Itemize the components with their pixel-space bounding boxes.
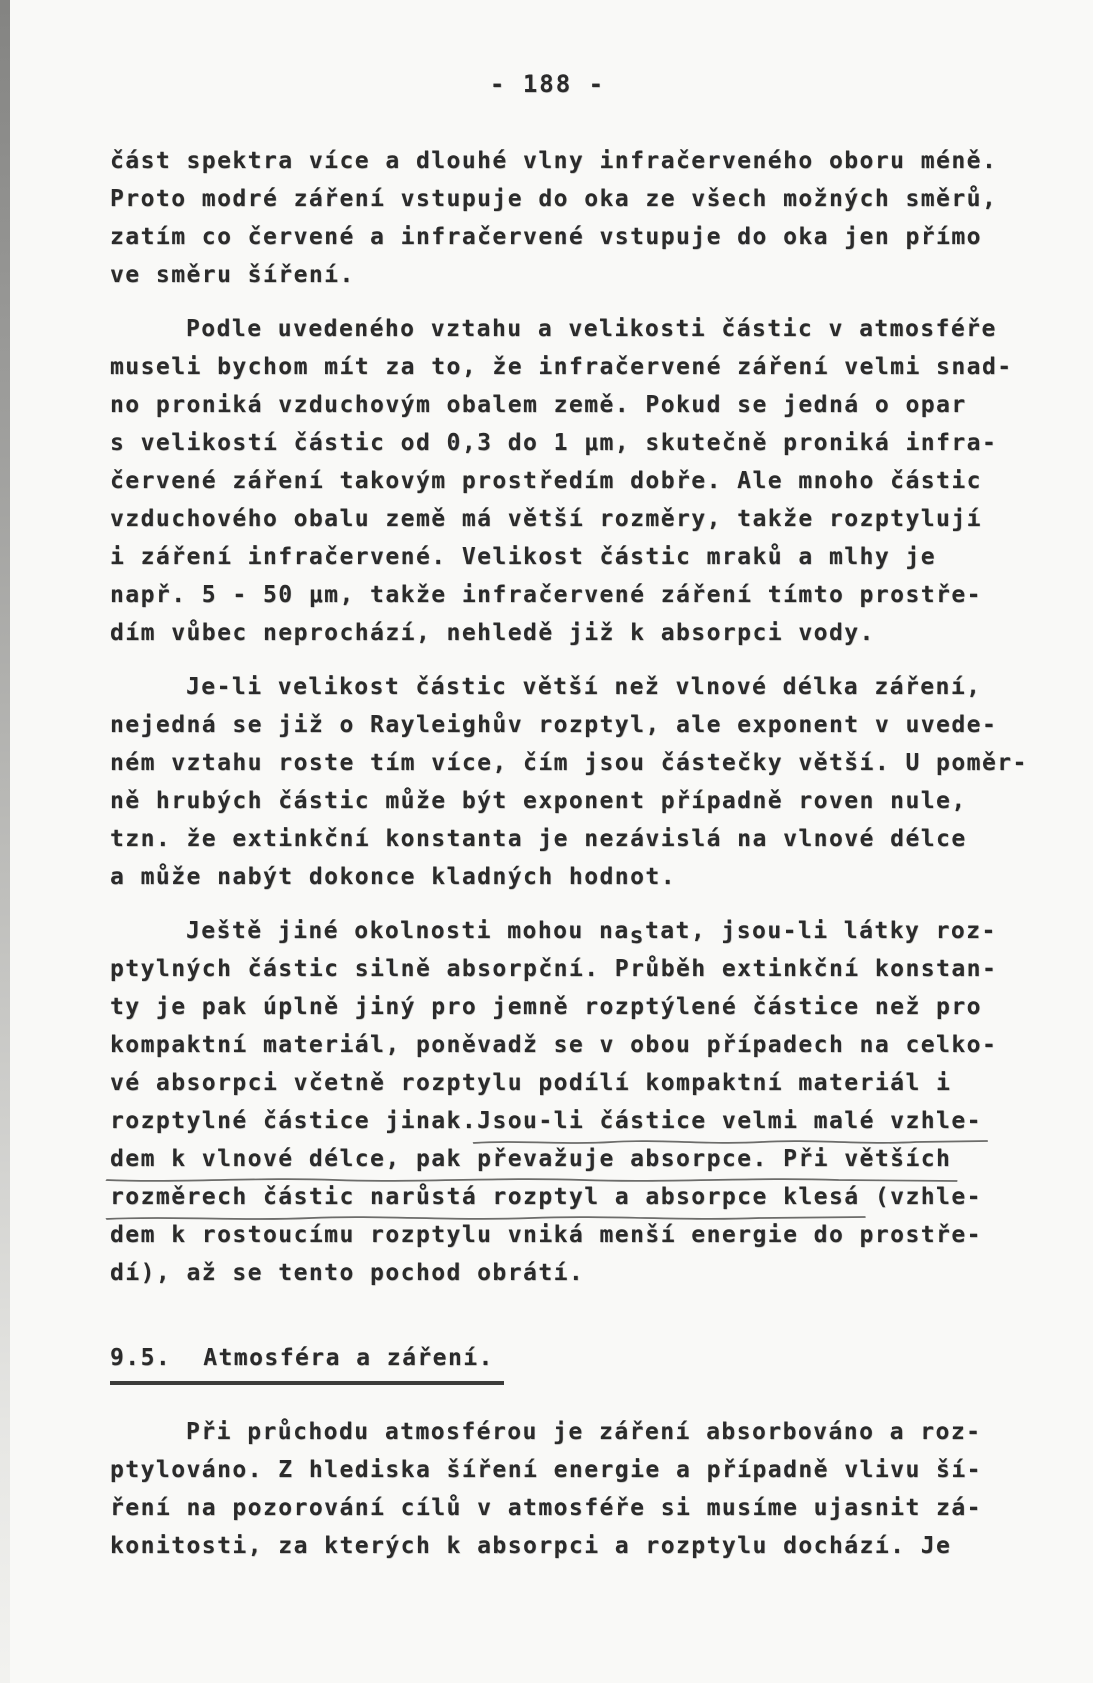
page-content: - 188 - část spektra více a dlouhé vlny … <box>110 70 1010 1581</box>
subscript-typo-s: s <box>630 923 645 949</box>
text-line: ně hrubých částic může být exponent příp… <box>110 782 1010 820</box>
text-line: ptylných částic silně absorpční. Průběh … <box>110 950 1010 988</box>
paragraph-1: část spektra více a dlouhé vlny infračer… <box>110 142 1010 294</box>
text-line: dem k rostoucímu rozptylu vniká menší en… <box>110 1216 1010 1254</box>
text-line: ném vztahu roste tím více, čím jsou část… <box>110 744 1010 782</box>
text-line: dí), až se tento pochod obrátí. <box>110 1254 1010 1292</box>
text-line: nejedná se již o Rayleighův rozptyl, ale… <box>110 706 1010 744</box>
pencil-underlined-text: Jsou-li částice velmi malé vzhle- <box>477 1102 982 1140</box>
text-segment: Ještě jiné okolnosti mohou na <box>186 918 630 944</box>
text-line: konitosti, za kterých k absorpci a rozpt… <box>110 1527 1010 1565</box>
text-line: zatím co červené a infračervené vstupuje… <box>110 218 1010 256</box>
text-line: vzduchového obalu země má větší rozměry,… <box>110 500 1010 538</box>
text-line: dem k vlnové délce, pak převažuje absorp… <box>110 1140 1010 1178</box>
text-line: Podle uvedeného vztahu a velikosti části… <box>110 310 1010 348</box>
text-line: rozptylné částice jinak.Jsou-li částice … <box>110 1102 1010 1140</box>
paragraph-4: Ještě jiné okolnosti mohou nastat, jsou-… <box>110 912 1010 1292</box>
text-line: ptylováno. Z hlediska šíření energie a p… <box>110 1451 1010 1489</box>
text-line: ty je pak úplně jiný pro jemně rozptýlen… <box>110 988 1010 1026</box>
text-line: např. 5 - 50 μm, takže infračervené záře… <box>110 576 1010 614</box>
text-line: i záření infračervené. Velikost částic m… <box>110 538 1010 576</box>
section-heading: 9.5.Atmosféra a záření. <box>110 1338 504 1385</box>
text-segment: tat, jsou-li látky roz- <box>645 918 997 944</box>
text-segment: rozměrech částic narůstá rozptyl a absor… <box>110 1184 860 1210</box>
text-line: Je-li velikost částic větší než vlnové d… <box>110 668 1010 706</box>
pencil-underlined-text: dem k vlnové délce, pak převažuje absorp… <box>110 1140 951 1178</box>
page-number: - 188 - <box>110 70 985 98</box>
text-line: červené záření takovým prostředím dobře.… <box>110 462 1010 500</box>
text-segment: rozptylné částice jinak. <box>110 1108 477 1134</box>
paragraph-5: Při průchodu atmosférou je záření absorb… <box>110 1413 1010 1565</box>
text-line: no proniká vzduchovým obalem země. Pokud… <box>110 386 1010 424</box>
text-line: vé absorpci včetně rozptylu podílí kompa… <box>110 1064 1010 1102</box>
paragraph-2: Podle uvedeného vztahu a velikosti části… <box>110 310 1010 652</box>
section-number: 9.5. <box>110 1345 171 1371</box>
paragraph-3: Je-li velikost částic větší než vlnové d… <box>110 668 1010 896</box>
document-page: - 188 - část spektra více a dlouhé vlny … <box>0 0 1093 1683</box>
text-line: Ještě jiné okolnosti mohou nastat, jsou-… <box>110 912 1010 950</box>
text-line: rozměrech částic narůstá rozptyl a absor… <box>110 1178 1010 1216</box>
text-line: tzn. že extinkční konstanta je nezávislá… <box>110 820 1010 858</box>
text-line: Proto modré záření vstupuje do oka ze vš… <box>110 180 1010 218</box>
scan-edge-shadow <box>0 0 10 1683</box>
text-segment: (vzhle- <box>860 1184 982 1210</box>
section-title: Atmosféra a záření. <box>203 1345 494 1371</box>
text-line: a může nabýt dokonce kladných hodnot. <box>110 858 1010 896</box>
text-line: museli bychom mít za to, že infračervené… <box>110 348 1010 386</box>
text-line: s velikostí částic od 0,3 do 1 μm, skute… <box>110 424 1010 462</box>
pencil-underlined-text: rozměrech částic narůstá rozptyl a absor… <box>110 1178 860 1216</box>
text-line: část spektra více a dlouhé vlny infračer… <box>110 142 1010 180</box>
text-line: ve směru šíření. <box>110 256 1010 294</box>
text-line: dím vůbec neprochází, nehledě již k abso… <box>110 614 1010 652</box>
text-line: kompaktní materiál, poněvadž se v obou p… <box>110 1026 1010 1064</box>
text-segment: dem k vlnové délce, pak převažuje absorp… <box>110 1146 951 1172</box>
text-line: Při průchodu atmosférou je záření absorb… <box>110 1413 1010 1451</box>
text-line: ření na pozorování cílů v atmosféře si m… <box>110 1489 1010 1527</box>
text-segment: Jsou-li částice velmi malé vzhle- <box>477 1108 982 1134</box>
